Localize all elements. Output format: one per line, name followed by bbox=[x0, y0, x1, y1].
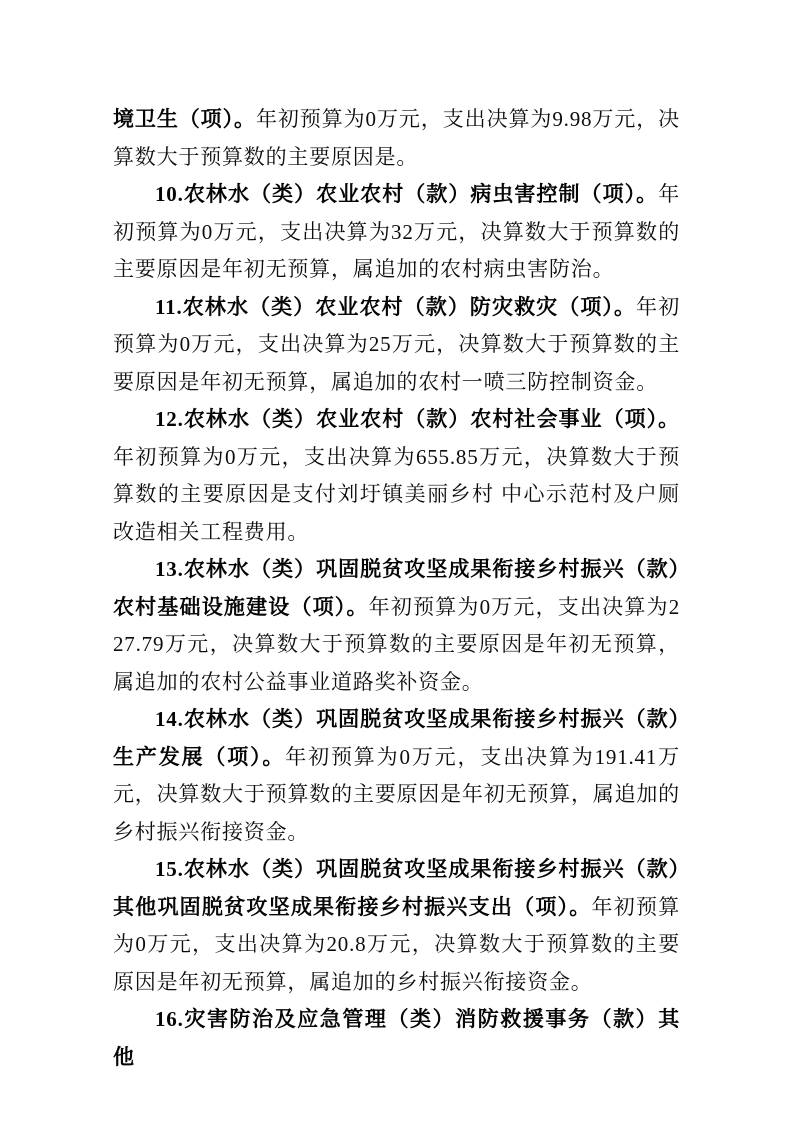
paragraph-item-15: 15.农林水（类）巩固脱贫攻坚成果衔接乡村振兴（款）其他巩固脱贫攻坚成果衔接乡村… bbox=[113, 851, 680, 1001]
paragraph-text: 年初预算为0万元，支出决算为655.85万元，决算数大于预算数的主要原因是支付刘… bbox=[113, 445, 680, 544]
paragraph-heading: 11.农林水（类）农业农村（款）防灾救灾（项）。 bbox=[155, 295, 636, 319]
document-page: 境卫生（项）。年初预算为0万元，支出决算为9.98万元，决算数大于预算数的主要原… bbox=[0, 0, 793, 1122]
paragraph-item-11: 11.农林水（类）农业农村（款）防灾救灾（项）。年初预算为0万元，支出决算为25… bbox=[113, 289, 680, 402]
paragraph-heading: 10.农林水（类）农业农村（款）病虫害控制（项）。 bbox=[155, 182, 658, 206]
paragraph-heading: 16.灾害防治及应急管理（类）消防救援事务（款）其他 bbox=[113, 1007, 680, 1069]
paragraph-item-10: 10.农林水（类）农业农村（款）病虫害控制（项）。年初预算为0万元，支出决算为3… bbox=[113, 176, 680, 289]
paragraph-item-16: 16.灾害防治及应急管理（类）消防救援事务（款）其他 bbox=[113, 1001, 680, 1076]
document-body: 境卫生（项）。年初预算为0万元，支出决算为9.98万元，决算数大于预算数的主要原… bbox=[113, 101, 680, 1076]
paragraph-9-continuation: 境卫生（项）。年初预算为0万元，支出决算为9.98万元，决算数大于预算数的主要原… bbox=[113, 101, 680, 176]
paragraph-heading: 12.农林水（类）农业农村（款）农村社会事业（项）。 bbox=[155, 407, 680, 431]
paragraph-item-14: 14.农林水（类）巩固脱贫攻坚成果衔接乡村振兴（款）生产发展（项）。年初预算为0… bbox=[113, 701, 680, 851]
paragraph-item-13: 13.农林水（类）巩固脱贫攻坚成果衔接乡村振兴（款）农村基础设施建设（项）。年初… bbox=[113, 551, 680, 701]
paragraph-item-12: 12.农林水（类）农业农村（款）农村社会事业（项）。年初预算为0万元，支出决算为… bbox=[113, 401, 680, 551]
paragraph-heading: 境卫生（项）。 bbox=[113, 107, 256, 131]
